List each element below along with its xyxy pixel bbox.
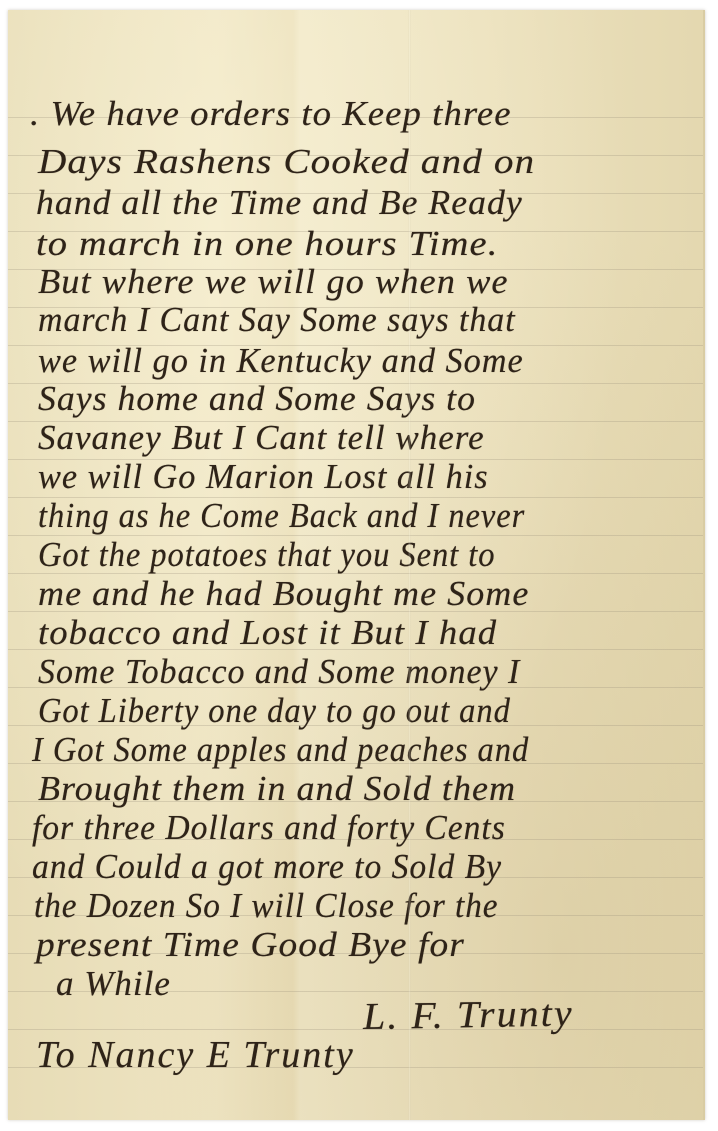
letter-line-4: to march in one hours Time.	[36, 224, 498, 264]
letter-line-23: a While	[56, 964, 171, 1004]
letter-line-1: . We have orders to Keep three	[30, 94, 512, 134]
letter-line-7: we will go in Kentucky and Some	[38, 341, 524, 381]
letter-line-11: thing as he Come Back and I never	[38, 496, 525, 536]
letter-line-12: Got the potatoes that you Sent to	[38, 535, 495, 575]
letter-body: . We have orders to Keep three Days Rash…	[8, 10, 703, 1120]
letter-line-13: me and he had Bought me Some	[38, 574, 529, 614]
letter-line-2: Days Rashens Cooked and on	[38, 142, 535, 182]
signature: L. F. Trunty	[363, 992, 575, 1039]
addressee: To Nancy E Trunty	[36, 1033, 355, 1077]
letter-page: . We have orders to Keep three Days Rash…	[8, 10, 705, 1120]
letter-line-17: I Got Some apples and peaches and	[32, 730, 529, 770]
letter-line-5: But where we will go when we	[38, 262, 509, 302]
letter-line-15: Some Tobacco and Some money I	[38, 652, 520, 692]
letter-line-21: the Dozen So I will Close for the	[34, 886, 499, 926]
letter-line-22: present Time Good Bye for	[36, 925, 465, 965]
letter-line-6: march I Cant Say Some says that	[38, 300, 516, 340]
letter-line-3: hand all the Time and Be Ready	[36, 183, 523, 223]
letter-line-18: Brought them in and Sold them	[38, 769, 516, 809]
letter-line-10: we will Go Marion Lost all his	[38, 457, 489, 497]
letter-line-14: tobacco and Lost it But I had	[38, 613, 497, 653]
letter-line-8: Says home and Some Says to	[38, 379, 476, 419]
letter-line-20: and Could a got more to Sold By	[32, 847, 502, 887]
letter-line-16: Got Liberty one day to go out and	[38, 691, 511, 731]
letter-line-9: Savaney But I Cant tell where	[38, 418, 485, 458]
letter-line-19: for three Dollars and forty Cents	[32, 808, 506, 848]
